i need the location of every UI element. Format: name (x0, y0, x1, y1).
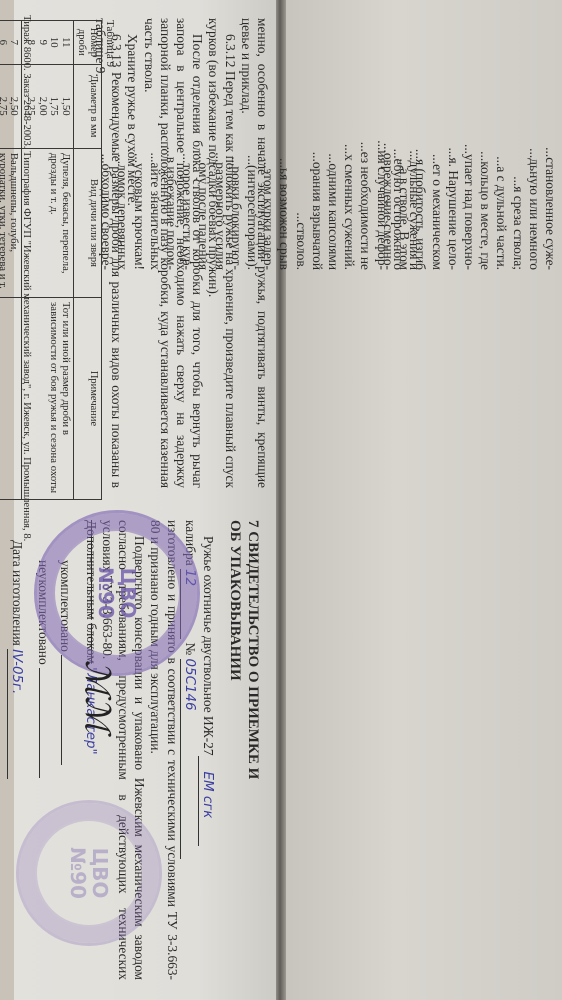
header-game-type: Вид дичи или зверя (73, 148, 101, 297)
print-footer: Тираж 8600. Заказ 2648-2003. Типография … (21, 15, 32, 541)
text-line: ...ья возможен срыв (276, 0, 292, 270)
table-caption: Таблица 9 (104, 20, 116, 67)
text-line: ...а с дульной части. (493, 0, 509, 270)
manufacture-date-line: Дата изготовления IV-05г. (7, 520, 25, 980)
cell-diameter: 2,50 2,75 3,00 3,25 (0, 64, 22, 148)
incomplete-field (39, 668, 40, 778)
faded-stamp-text-1: ЦВО (89, 848, 111, 899)
text-line: ...орания взрывчатой (309, 0, 325, 270)
open-booklet: ...становленное суже-...дьную или немног… (14, 0, 562, 1000)
header-diameter: Диаметр в мм (73, 64, 101, 148)
completed-field (61, 655, 62, 765)
header-note: Примечание (73, 298, 101, 500)
certificate-title: 7 СВИДЕТЕЛЬСТВО О ПРИЕМКЕ И ОБ УПАКОВЫВА… (226, 520, 262, 980)
text-line: ...х сменных сужений. (341, 0, 357, 270)
cell-note (0, 298, 22, 500)
text-line: ...я среза ствола; (509, 0, 525, 270)
text-line: ...кольцо в месте, где (477, 0, 493, 270)
faded-stamp-imprint: ЦВО №90 (16, 800, 162, 946)
text-line: ...ет о механическом (428, 0, 444, 270)
text-line: ...упает над поверхно- (461, 0, 477, 270)
serial-number-label: № (183, 642, 198, 655)
shot-size-table: Номер дроби Диаметр в мм Вид дичи или зв… (0, 20, 102, 500)
cell-game-type: Вальдшнепы, голуби, куропатки, утки, тет… (0, 148, 22, 297)
gun-model-line: Ружье охотничье двуствольное ИЖ-27ЕМ сгк (198, 520, 216, 980)
paragraph-6-3-12: 6.3.12 Перед тем как положить ружье на х… (205, 18, 237, 488)
stamp-text-2: №90 (95, 567, 117, 619)
text-line: ...я. Нарушение цело- (445, 0, 461, 270)
text-line: ...ия случайной дефор- (373, 0, 389, 270)
manufacture-date-field: IV-05г. (7, 649, 24, 779)
table-row: 7 6 5 42,50 2,75 3,00 3,25Вальдшнепы, го… (0, 21, 22, 500)
model-suffix-field: ЕМ сгк (198, 756, 215, 846)
certificate-title-line-2: ОБ УПАКОВЫВАНИИ (226, 520, 244, 980)
text-line: ...ебуют осторожного (390, 0, 406, 270)
text-line: ...ез необходимости не (357, 0, 373, 270)
cell-shot-number: 7 6 5 4 (0, 21, 22, 65)
paragraph-screws: менно, особенно в начале эксплуатации ру… (238, 18, 270, 488)
stamp-text-1: ЦВО (117, 568, 139, 619)
paragraph-storage: Храните ружье в сухом месте. (124, 18, 140, 488)
table-header-row: Номер дроби Диаметр в мм Вид дичи или зв… (73, 21, 101, 500)
text-line: ...одними капсолями (325, 0, 341, 270)
gun-model-label: Ружье охотничье двуствольное ИЖ-27 (201, 536, 216, 756)
faded-stamp-text-2: №90 (67, 847, 89, 899)
header-shot-number: Номер дроби (73, 21, 101, 65)
serial-number-field: 05С146 (180, 659, 197, 859)
text-line: ...дьную или немного (526, 0, 542, 270)
maintenance-instructions: менно, особенно в начале эксплуатации ру… (92, 18, 270, 488)
manufacture-date-label: Дата изготовления (10, 540, 25, 646)
text-line: ...стволов. (292, 0, 308, 270)
paragraph-barrel-detach: После отделения блока стволов от коробки… (140, 18, 205, 488)
text-line: ...дульные сужения и (406, 0, 422, 270)
certificate-title-line-1: 7 СВИДЕТЕЛЬСТВО О ПРИЕМКЕ И (244, 520, 262, 980)
official-stamp: ЦВО №90 (34, 510, 200, 676)
rotated-document: ...становленное суже-...дьную или немног… (0, 0, 562, 1000)
text-line: ...становленное суже- (542, 0, 558, 270)
inspector-signature: ℳℳ (77, 660, 117, 733)
